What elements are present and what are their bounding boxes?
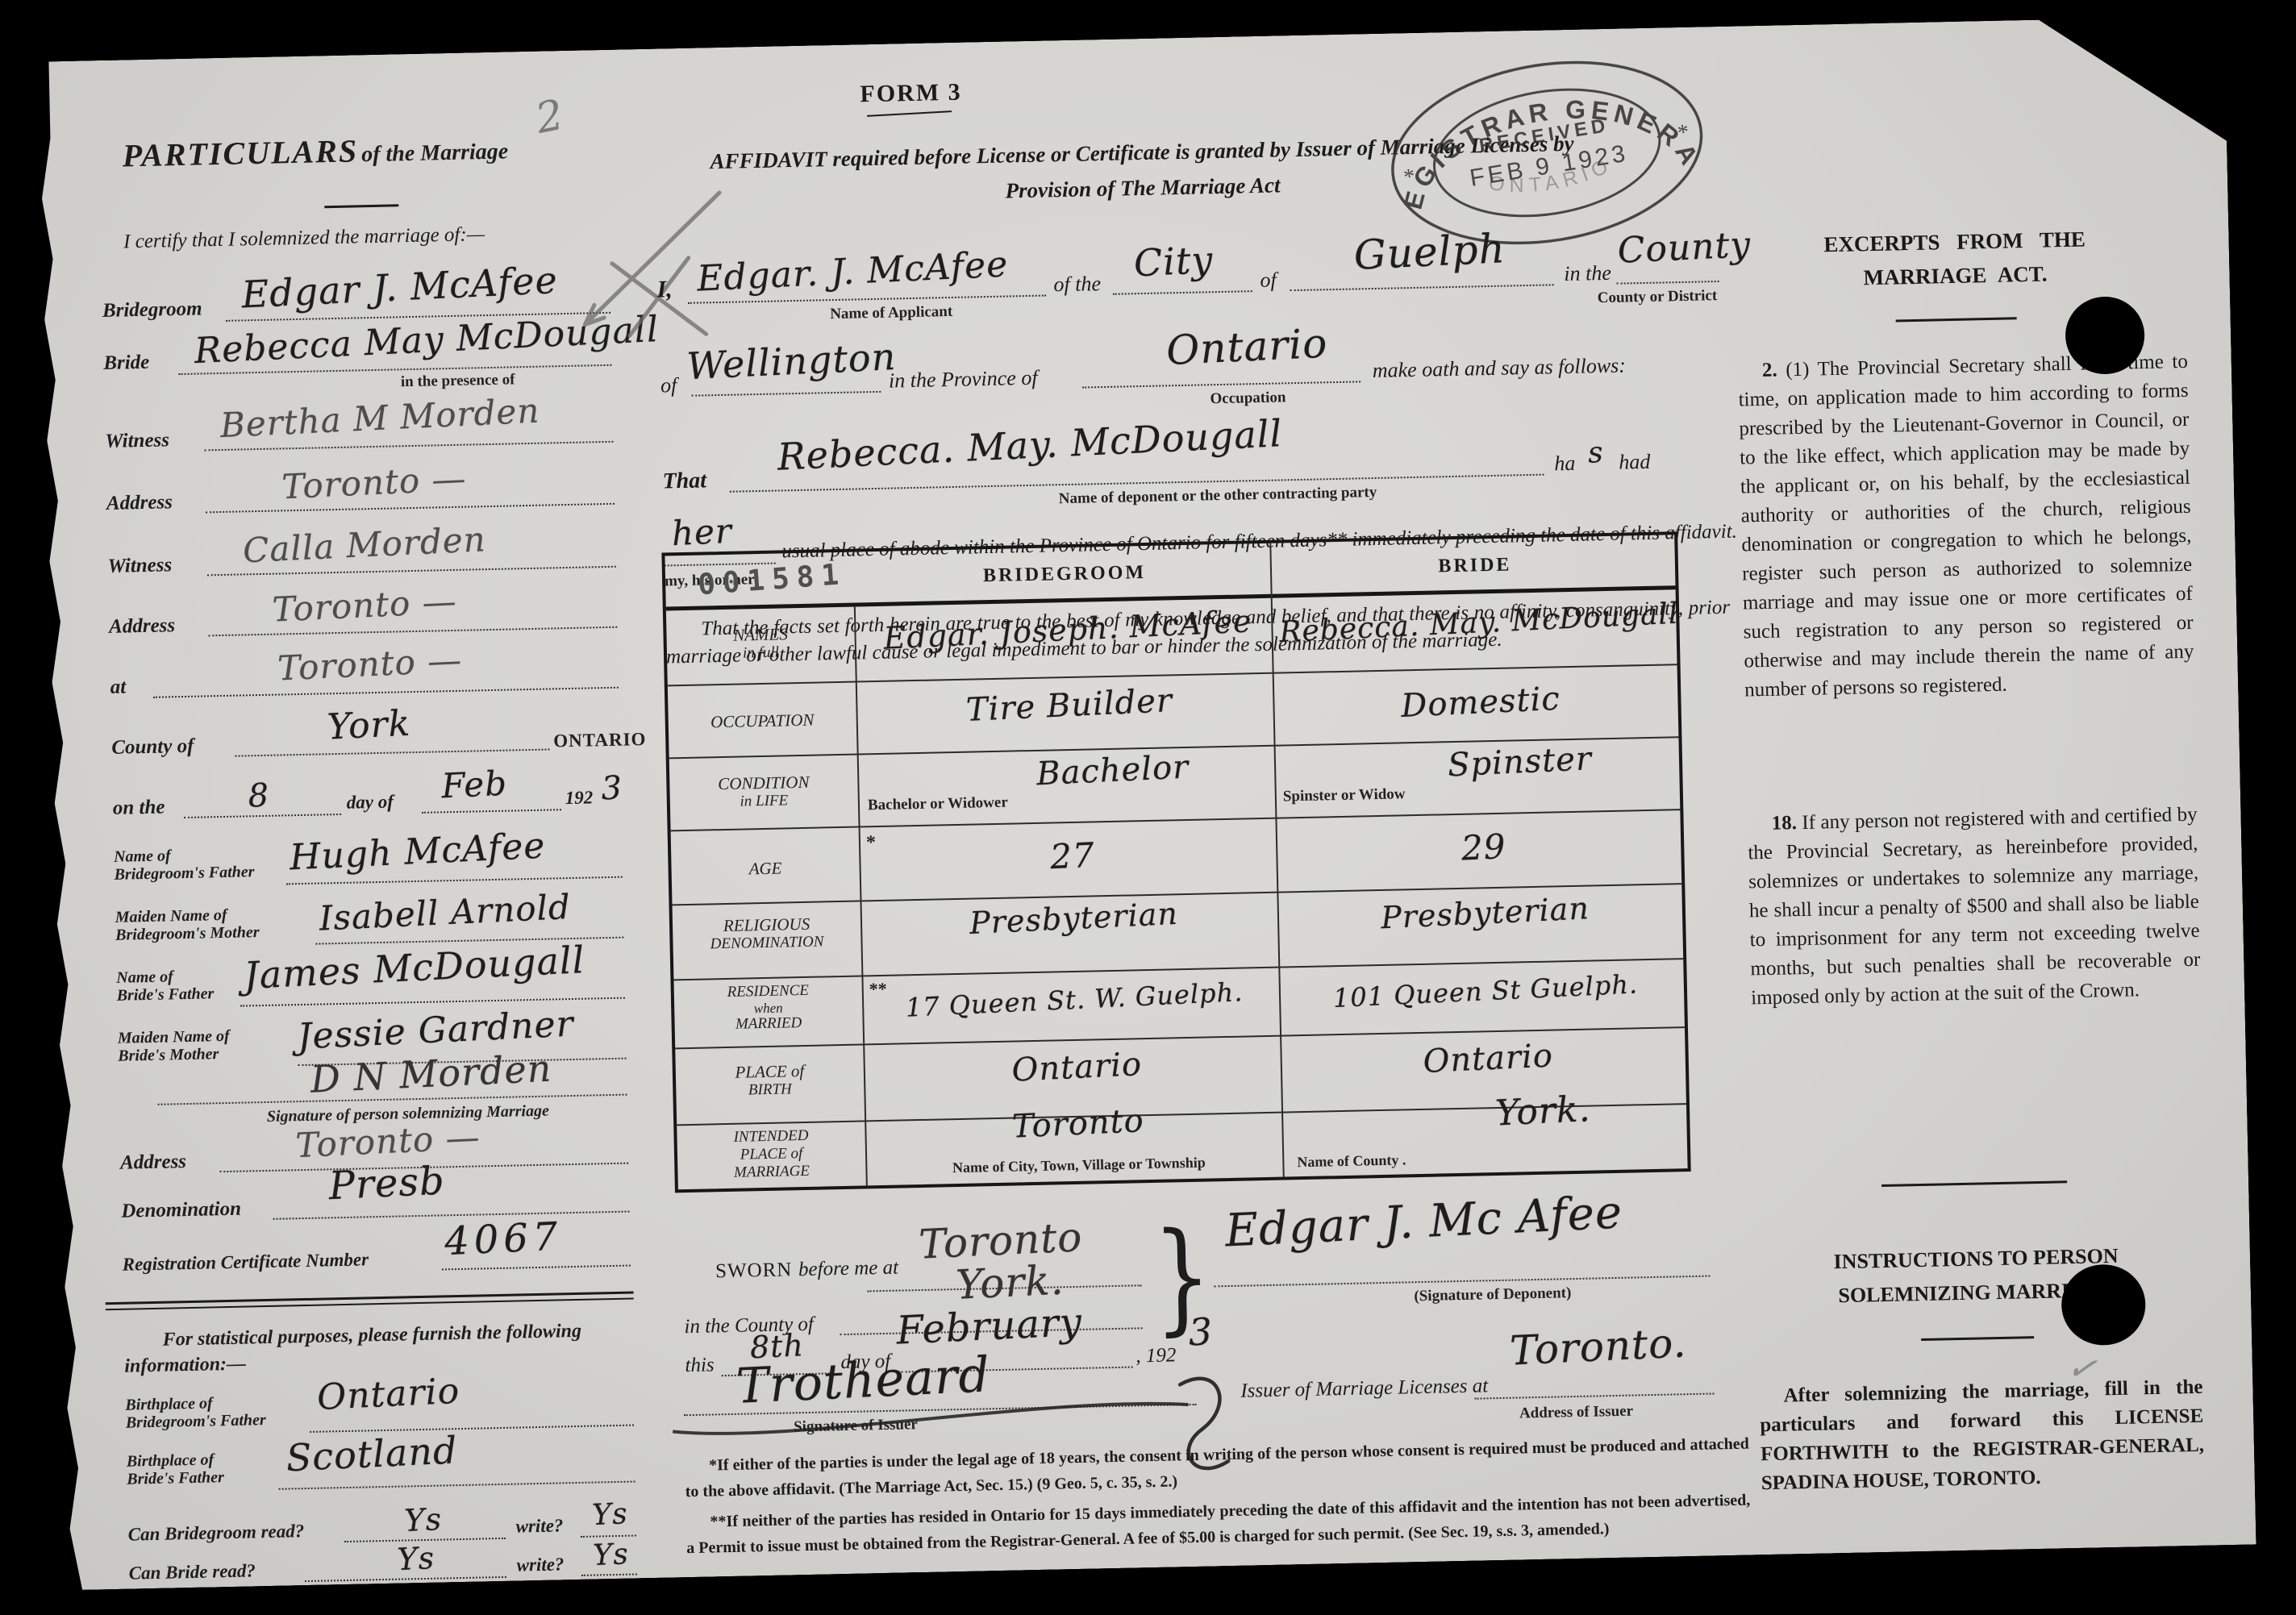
witness-2-handwritten: Calla Morden [242, 519, 487, 570]
municipality-type-handwritten: City [1133, 238, 1215, 285]
label-witness-1: Witness [105, 429, 169, 453]
before-me-at: before me at [798, 1257, 899, 1282]
certify-line: I certify that I solemnized the marriage… [123, 223, 485, 253]
province-handwritten: Ontario [1165, 320, 1329, 374]
label-line: Bride's Father [127, 1468, 224, 1488]
dotted-line [235, 749, 550, 757]
line3-that: That [662, 468, 706, 494]
groom-occupation-handwritten: Tire Builder [865, 677, 1274, 734]
groom-birthplace-handwritten: Ontario [873, 1039, 1281, 1096]
section-18-text: If any person not registered with and ce… [1748, 804, 2200, 1009]
punch-hole-bottom [2061, 1263, 2146, 1346]
bridegroom-mother-handwritten: Isabell Arnold [319, 887, 572, 939]
line2-in-the-province-of: in the Province of [889, 366, 1038, 393]
dotted-line [422, 809, 561, 814]
line3-had: had [1619, 450, 1651, 475]
bridegroom-father-handwritten: Hugh McAfee [289, 826, 546, 879]
intended-place-handwritten: Toronto [874, 1096, 1283, 1152]
city-town-caption: Name of City, Town, Village or Township [875, 1153, 1282, 1179]
scanned-marriage-affidavit: PARTICULARS of the Marriage I certify th… [0, 0, 2296, 1615]
particulars-title-main: PARTICULARS [122, 132, 358, 173]
ha-s-inserted-handwritten: s [1587, 436, 1604, 470]
label-year-192: 192 [565, 787, 593, 809]
groom-condition-handwritten: Bachelor [1035, 748, 1190, 793]
dotted-line [691, 391, 881, 397]
dotted-line [305, 1576, 506, 1582]
row-label-condition-sub: in LIFE [670, 791, 858, 813]
document-paper: PARTICULARS of the Marriage I certify th… [39, 16, 2256, 1590]
label-at: at [110, 676, 126, 699]
issuer-address-handwritten: Toronto. [1509, 1319, 1687, 1374]
address-2-handwritten: Toronto — [272, 581, 458, 630]
label-address-1: Address [106, 491, 173, 515]
dotted-line [208, 626, 617, 637]
bride-residence-handwritten: 101 Queen St Guelph. [1280, 966, 1690, 1016]
signature-of-deponent-caption: (Signature of Deponent) [1323, 1283, 1662, 1308]
line2-of: of [660, 373, 677, 398]
groom-age-handwritten: 27 [868, 826, 1277, 885]
county-handwritten: York [327, 703, 412, 748]
label-witness-2: Witness [107, 554, 172, 578]
address-3-handwritten: Toronto — [295, 1117, 481, 1165]
label-birthplace-bg-father: Birthplace of Bridegroom's Father [125, 1393, 266, 1432]
groom-residence-handwritten: 17 Queen St. W. Guelph. [867, 975, 1281, 1025]
label-bridegroom: Bridegroom [102, 298, 202, 323]
row-label-age: AGE [671, 857, 859, 881]
excerpts-rule [1896, 317, 2017, 322]
label-birthplace-bride-father: Birthplace of Bride's Father [127, 1451, 224, 1488]
excerpts-title-2: MARRIAGE ACT. [1729, 259, 2181, 293]
excerpts-title-1: EXCERPTS FROM THE [1728, 225, 2181, 260]
dotted-line [206, 503, 615, 514]
label-line: Bride's Father [116, 984, 214, 1005]
bride-occupation-handwritten: Domestic [1277, 674, 1686, 730]
day-handwritten: 8 [248, 776, 271, 814]
sworn-brace: } [1152, 1216, 1213, 1338]
section-18-number: 18. [1771, 812, 1797, 835]
row-label-intended-sub2: MARRIAGE [677, 1161, 865, 1183]
label-line: Bridegroom's Mother [115, 923, 260, 944]
excerpt-section-18: 18. If any person not registered with an… [1747, 801, 2201, 1014]
her-handwritten: her [671, 511, 733, 553]
dotted-line [1082, 381, 1361, 388]
dotted-line [153, 687, 619, 698]
label-can-bride-read: Can Bride read? [128, 1560, 256, 1584]
excerpt-section-2: 2. (1) The Provincial Secretary shall fr… [1738, 348, 2195, 706]
bride-birthplace-handwritten: Ontario [1284, 1030, 1693, 1087]
dotted-line [442, 1265, 631, 1271]
groom-full-name-handwritten: Edgar. Joseph. McAfee [864, 602, 1273, 657]
bridegroom-name-handwritten: Edgar J. McAfee [240, 258, 558, 316]
occupation-caption: Occupation [1175, 388, 1320, 409]
municipality-name-handwritten: Guelph [1353, 225, 1506, 279]
row-label-religion-sub: DENOMINATION [673, 932, 860, 954]
county-name-handwritten: Wellington [685, 335, 897, 388]
name-of-applicant-caption: Name of Applicant [754, 302, 1028, 325]
label-address-2: Address [109, 614, 176, 639]
dotted-line [286, 876, 623, 885]
dotted-line [1475, 1392, 1715, 1399]
line3-ha: ha [1554, 452, 1576, 477]
line1-in-the: in the [1564, 261, 1611, 286]
label-denomination: Denomination [121, 1198, 241, 1223]
line1-of: of [1260, 268, 1277, 293]
statistical-note: For statistical purposes, please furnish… [123, 1317, 616, 1380]
section-2-text: (1) The Provincial Secretary shall from … [1738, 351, 2194, 701]
instructions-title-1: INSTRUCTIONS TO PERSON [1750, 1242, 2202, 1276]
instructions-rule-top [1881, 1180, 2067, 1187]
label-line: Name of [116, 967, 214, 987]
bridegroom-read-handwritten: Ys [403, 1501, 443, 1538]
dotted-line [279, 1480, 635, 1489]
witness-1-handwritten: Bertha M Morden [219, 391, 541, 446]
label-bride-write: write? [516, 1554, 564, 1575]
ontario-label: ONTARIO [553, 729, 647, 751]
table-column-divider-labels [854, 607, 868, 1186]
row-label-residence-sub2: MARRIED [674, 1013, 862, 1034]
denomination-handwritten: Presb [327, 1158, 445, 1209]
label-day-of: day of [347, 792, 394, 814]
bridegroom-bride-table: 001581 BRIDEGROOM BRIDE NAMES in full Ed… [661, 531, 1690, 1193]
birthplace-bride-father-handwritten: Scotland [285, 1428, 459, 1480]
label-line: Maiden Name of [118, 1027, 230, 1047]
serial-number-stamp: 001581 [697, 558, 848, 601]
intended-county-handwritten: York. [1494, 1088, 1592, 1134]
bachelor-widower-caption: Bachelor or Widower [868, 794, 1008, 815]
label-registration-number: Registration Certificate Number [122, 1249, 369, 1275]
form-number-underline [867, 110, 952, 117]
issuer-of-licenses-at: Issuer of Marriage Licenses at [1240, 1375, 1488, 1402]
form-number: FORM 3 [798, 77, 1024, 110]
dotted-line [1290, 284, 1554, 291]
label-county-of: County of [111, 735, 194, 760]
line2-make-oath: make oath and say as follows: [1373, 353, 1627, 383]
sworn-month-handwritten: February [895, 1300, 1083, 1354]
dotted-line [581, 1573, 637, 1575]
header-bridegroom: BRIDEGROOM [867, 560, 1262, 589]
label-bridegroom-write: write? [515, 1515, 563, 1537]
label-bride: Bride [103, 352, 150, 375]
address-1-handwritten: Toronto — [281, 459, 467, 507]
bride-father-handwritten: James McDougall [243, 938, 585, 997]
particulars-title-rest: of the Marriage [361, 139, 509, 167]
header-bride: BRIDE [1272, 551, 1678, 581]
row-label-birthplace-sub: BIRTH [676, 1079, 864, 1101]
dotted-line [1113, 290, 1252, 295]
title-rule [324, 204, 398, 208]
label-bridegroom-father: Name of Bridegroom's Father [114, 845, 255, 884]
label-bride-mother: Maiden Name of Bride's Mother [118, 1027, 231, 1065]
name-of-county-caption: Name of County . [1297, 1151, 1406, 1171]
instructions-paragraph: After solemnizing the marriage, fill in … [1759, 1373, 2205, 1498]
label-address-3: Address [120, 1151, 187, 1175]
line1-I: I, [656, 276, 673, 303]
birthplace-bg-father-handwritten: Ontario [316, 1371, 460, 1418]
label-line: Bridegroom's Father [114, 863, 254, 884]
bride-religion-handwritten: Presbyterian [1281, 885, 1690, 940]
line1-of-the: of the [1053, 272, 1101, 297]
dotted-line [310, 1425, 634, 1433]
row-label-occupation: OCCUPATION [669, 710, 856, 734]
in-presence-of-caption: in the presence of [401, 371, 515, 391]
label-bride-father: Name of Bride's Father [116, 967, 214, 1005]
marriage-place-handwritten: Toronto — [277, 640, 463, 689]
instructions-rule-bottom [1921, 1336, 2034, 1341]
deponent-signature-handwritten: Edgar J. Mc Afee [1224, 1186, 1624, 1257]
registration-number-handwritten: 4067 [444, 1213, 564, 1264]
sworn-word: SWORN [715, 1259, 793, 1283]
label-on-the: on the [113, 797, 165, 820]
section-2-number: 2. [1762, 360, 1777, 381]
bride-read-handwritten: Ys [396, 1540, 435, 1577]
bride-full-name-handwritten: Rebecca. May. McDougall [1275, 597, 1683, 649]
month-handwritten: Feb [440, 764, 508, 806]
deponent-name-handwritten: Rebecca. May. McDougall [777, 411, 1284, 478]
year-digit-handwritten: 3 [600, 769, 623, 807]
spinster-widow-caption: Spinster or Widow [1283, 785, 1406, 805]
this-word: this [685, 1354, 715, 1377]
particulars-title: PARTICULARS of the Marriage [89, 128, 541, 176]
bride-age-handwritten: 29 [1279, 818, 1688, 876]
bride-write-handwritten: Ys [592, 1538, 629, 1572]
label-line: Birthplace of [127, 1451, 224, 1471]
label-can-bridegroom-read: Can Bridegroom read? [127, 1521, 304, 1546]
bride-condition-handwritten: Spinster [1447, 740, 1593, 784]
county-or-district-caption: County or District [1589, 287, 1726, 308]
label-line: Bride's Mother [118, 1045, 230, 1065]
bridegroom-write-handwritten: Ys [591, 1497, 628, 1532]
row-label-names-sub: in full [667, 643, 855, 664]
dotted-line [1617, 281, 1719, 285]
label-bridegroom-mother: Maiden Name of Bridegroom's Mother [115, 905, 259, 944]
label-line: Bridegroom's Father [126, 1411, 266, 1432]
section-divider [106, 1297, 634, 1310]
address-of-issuer-caption: Address of Issuer [1519, 1403, 1634, 1423]
